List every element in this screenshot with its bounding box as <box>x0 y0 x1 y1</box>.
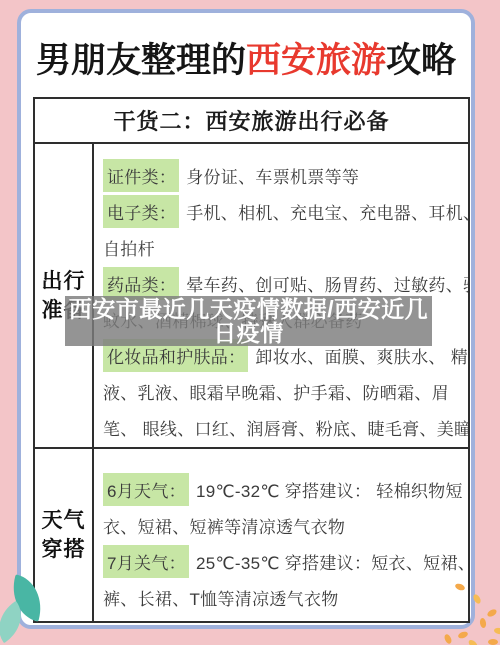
confetti-petal-icon <box>488 639 498 645</box>
caption-line: 西安市最近几天疫情数据/西安近几 <box>69 297 428 321</box>
category-tag: 7月关气： <box>103 545 189 578</box>
title-highlight: 西安旅游 <box>246 41 386 80</box>
category-tag: 药品类： <box>103 267 179 300</box>
confetti-petal-icon <box>467 638 479 645</box>
cell-line: 笔、 眼线、口红、润唇膏、粉底、睫毛膏、美瞳 <box>103 409 468 445</box>
table-header: 干货二：西安旅游出行必备 <box>35 99 468 144</box>
cell-text: 手机、相机、充电宝、充电器、耳机、 <box>186 199 468 224</box>
cell-text: 25℃-35℃ 穿搭建议：短衣、短裙、短 <box>196 549 468 574</box>
cell-text: 19℃-32℃ 穿搭建议： 轻棉织物短 <box>196 477 463 502</box>
title-post: 攻略 <box>386 41 456 80</box>
table-row-weather-outfit: 天气 穿搭 6月天气： 19℃-32℃ 穿搭建议： 轻棉织物短 衣、短裙、短裤等… <box>35 447 468 621</box>
cell-line: 衣、短裙、短裤等清凉透气衣物 <box>103 507 468 543</box>
cell-text: 卸妆水、面膜、爽肤水、 精华 <box>255 343 468 368</box>
title-pre: 男朋友整理的 <box>36 41 246 80</box>
cell-text: 裤、长裙、T恤等清凉透气衣物 <box>103 585 339 610</box>
cell-line: 7月关气： 25℃-35℃ 穿搭建议：短衣、短裙、短 <box>103 543 468 579</box>
confetti-petal-icon <box>479 618 487 629</box>
caption-overlay: 西安市最近几天疫情数据/西安近几 日疫情 <box>65 296 432 346</box>
cell-line: 液、乳液、眼霜早晚霜、护手霜、防晒霜、眉 <box>103 373 468 409</box>
page-title: 男朋友整理的西安旅游攻略 <box>21 40 471 82</box>
confetti-petal-icon <box>486 608 498 618</box>
row-header-weather-outfit: 天气 穿搭 <box>35 449 94 621</box>
cell-line: 证件类： 身份证、车票机票等等 <box>103 157 468 193</box>
cell-line: 自拍杆 <box>103 229 468 265</box>
row-header-line: 天气 <box>42 506 86 535</box>
tips-table: 干货二：西安旅游出行必备 出行 准备 证件类： 身份证、车票机票等等 电子类： … <box>33 97 470 623</box>
row-header-line: 穿搭 <box>42 535 86 564</box>
category-tag: 6月天气： <box>103 473 189 506</box>
caption-line: 日疫情 <box>213 321 284 345</box>
cell-text: 自拍杆 <box>103 235 155 260</box>
cell-text: 笔、 眼线、口红、润唇膏、粉底、睫毛膏、美瞳 <box>103 415 468 440</box>
confetti-petal-icon <box>457 630 468 639</box>
cell-line: 6月天气： 19℃-32℃ 穿搭建议： 轻棉织物短 <box>103 471 468 507</box>
cell-text: 身份证、车票机票等等 <box>186 163 359 188</box>
cell-text: 液、乳液、眼霜早晚霜、护手霜、防晒霜、眉 <box>103 379 449 404</box>
cell-line: 裤、长裙、T恤等清凉透气衣物 <box>103 579 468 615</box>
row-header-line: 出行 <box>42 267 86 296</box>
cell-text: 晕车药、创可贴、肠胃药、过敏药、驱 <box>186 271 468 296</box>
category-tag: 电子类： <box>103 195 179 228</box>
category-tag: 证件类： <box>103 159 179 192</box>
cell-weather-outfit: 6月天气： 19℃-32℃ 穿搭建议： 轻棉织物短 衣、短裙、短裤等清凉透气衣物… <box>94 449 468 621</box>
cell-line: 电子类： 手机、相机、充电宝、充电器、耳机、 <box>103 193 468 229</box>
cell-text: 衣、短裙、短裤等清凉透气衣物 <box>103 513 345 538</box>
confetti-petal-icon <box>443 633 453 645</box>
confetti-petal-icon <box>494 627 500 635</box>
